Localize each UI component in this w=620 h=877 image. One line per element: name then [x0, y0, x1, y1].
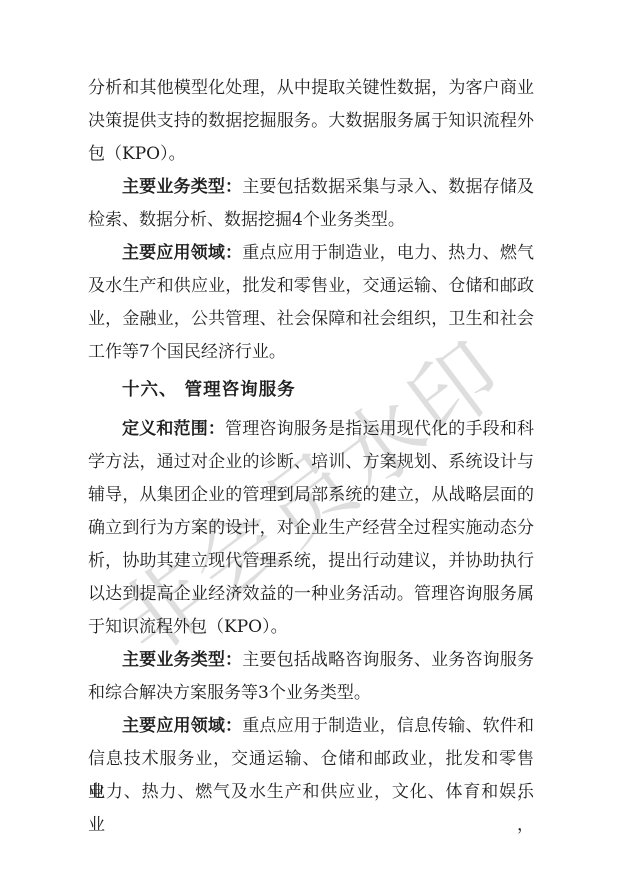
paragraph-text: 检索、数据分析、数据挖掘4个业务类型。 [88, 210, 405, 230]
paragraph: 主要业务类型：主要包括战略咨询服务、业务咨询服务和综合解决方案服务等3个业务类型… [88, 644, 534, 710]
text-line: 析，协助其建立现代管理系统，提出行动建议，并协助执行 [88, 545, 534, 578]
text-line: 工作等7个国民经济行业。 [88, 336, 534, 369]
text-line: 和综合解决方案服务等3个业务类型。 [88, 677, 534, 710]
paragraph-text: 以达到提高企业经济效益的一种业务活动。管理咨询服务属 [88, 584, 534, 604]
text-line: 以达到提高企业经济效益的一种业务活动。管理咨询服务属 [88, 578, 534, 611]
text-line: 主要业务类型：主要包括战略咨询服务、业务咨询服务 [88, 644, 534, 677]
paragraph-label: 定义和范围： [122, 419, 225, 439]
paragraph-text: 业，金融业，公共管理、社会保障和社会组织，卫生和社会 [88, 309, 534, 329]
text-line: 及水生产和供应业，批发和零售业，交通运输、仓储和邮政 [88, 270, 534, 303]
paragraph-text: 和综合解决方案服务等3个业务类型。 [88, 683, 371, 703]
paragraph-text: 学方法，通过对企业的诊断、培训、方案规划、系统设计与 [88, 452, 534, 472]
paragraph-text: 包（KPO）。 [88, 144, 186, 164]
text-line: 检索、数据分析、数据挖掘4个业务类型。 [88, 204, 534, 237]
section-heading: 十六、 管理咨询服务 [88, 374, 534, 407]
paragraph-text: 确立到行为方案的设计，对企业生产经营全过程实施动态分 [88, 518, 534, 538]
paragraph: 主要应用领域：重点应用于制造业，信息传输、软件和信息技术服务业，交通运输、仓储和… [88, 710, 534, 809]
paragraph-label: 主要应用领域： [122, 243, 242, 263]
text-line: 于知识流程外包（KPO）。 [88, 611, 534, 644]
paragraph-label: 主要业务类型： [122, 177, 242, 197]
paragraph-text: 于知识流程外包（KPO）。 [88, 617, 288, 637]
text-line: 包（KPO）。 [88, 138, 534, 171]
paragraph-text: 重点应用于制造业，电力、热力、燃气 [242, 243, 534, 263]
paragraph-text: 管理咨询服务是指运用现代化的手段和科 [225, 419, 534, 439]
paragraph-text: 工作等7个国民经济行业。 [88, 342, 286, 362]
document-content: 分析和其他模型化处理，从中提取关键性数据，为客户商业决策提供支持的数据挖掘服务。… [88, 72, 534, 809]
paragraph-label: 主要业务类型： [122, 650, 242, 670]
text-line: 确立到行为方案的设计，对企业生产经营全过程实施动态分 [88, 512, 534, 545]
paragraph: 定义和范围：管理咨询服务是指运用现代化的手段和科学方法，通过对企业的诊断、培训、… [88, 413, 534, 644]
text-line: 主要应用领域：重点应用于制造业，信息传输、软件和 [88, 710, 534, 743]
paragraph-text: 析，协助其建立现代管理系统，提出行动建议，并协助执行 [88, 551, 534, 571]
paragraph-text: 分析和其他模型化处理，从中提取关键性数据，为客户商业 [88, 78, 534, 98]
text-line: 业，金融业，公共管理、社会保障和社会组织，卫生和社会 [88, 303, 534, 336]
text-line: 主要应用领域：重点应用于制造业，电力、热力、燃气 [88, 237, 534, 270]
paragraph-text: 电力、热力、燃气及水生产和供应业，文化、体育和娱乐业， [88, 782, 534, 835]
paragraph: 主要业务类型：主要包括数据采集与录入、数据存储及检索、数据分析、数据挖掘4个业务… [88, 171, 534, 237]
paragraph-text: 主要包括战略咨询服务、业务咨询服务 [242, 650, 534, 670]
paragraph-text: 及水生产和供应业，批发和零售业，交通运输、仓储和邮政 [88, 276, 534, 296]
text-line: 决策提供支持的数据挖掘服务。大数据服务属于知识流程外 [88, 105, 534, 138]
text-line: 定义和范围：管理咨询服务是指运用现代化的手段和科 [88, 413, 534, 446]
paragraph-text: 决策提供支持的数据挖掘服务。大数据服务属于知识流程外 [88, 111, 534, 131]
paragraph: 主要应用领域：重点应用于制造业，电力、热力、燃气及水生产和供应业，批发和零售业，… [88, 237, 534, 369]
text-line: 学方法，通过对企业的诊断、培训、方案规划、系统设计与 [88, 446, 534, 479]
text-line: 主要业务类型：主要包括数据采集与录入、数据存储及 [88, 171, 534, 204]
text-line: 分析和其他模型化处理，从中提取关键性数据，为客户商业 [88, 72, 534, 105]
paragraph-text: 辅导，从集团企业的管理到局部系统的建立，从战略层面的 [88, 485, 534, 505]
paragraph: 分析和其他模型化处理，从中提取关键性数据，为客户商业决策提供支持的数据挖掘服务。… [88, 72, 534, 171]
text-line: 信息技术服务业，交通运输、仓储和邮政业，批发和零售业， [88, 743, 534, 776]
document-page: 非会员水印 分析和其他模型化处理，从中提取关键性数据，为客户商业决策提供支持的数… [0, 0, 620, 877]
text-line: 辅导，从集团企业的管理到局部系统的建立，从战略层面的 [88, 479, 534, 512]
paragraph-text: 重点应用于制造业，信息传输、软件和 [242, 716, 534, 736]
paragraph-label: 主要应用领域： [122, 716, 242, 736]
text-line: 电力、热力、燃气及水生产和供应业，文化、体育和娱乐业， [88, 776, 534, 809]
paragraph-text: 主要包括数据采集与录入、数据存储及 [242, 177, 534, 197]
